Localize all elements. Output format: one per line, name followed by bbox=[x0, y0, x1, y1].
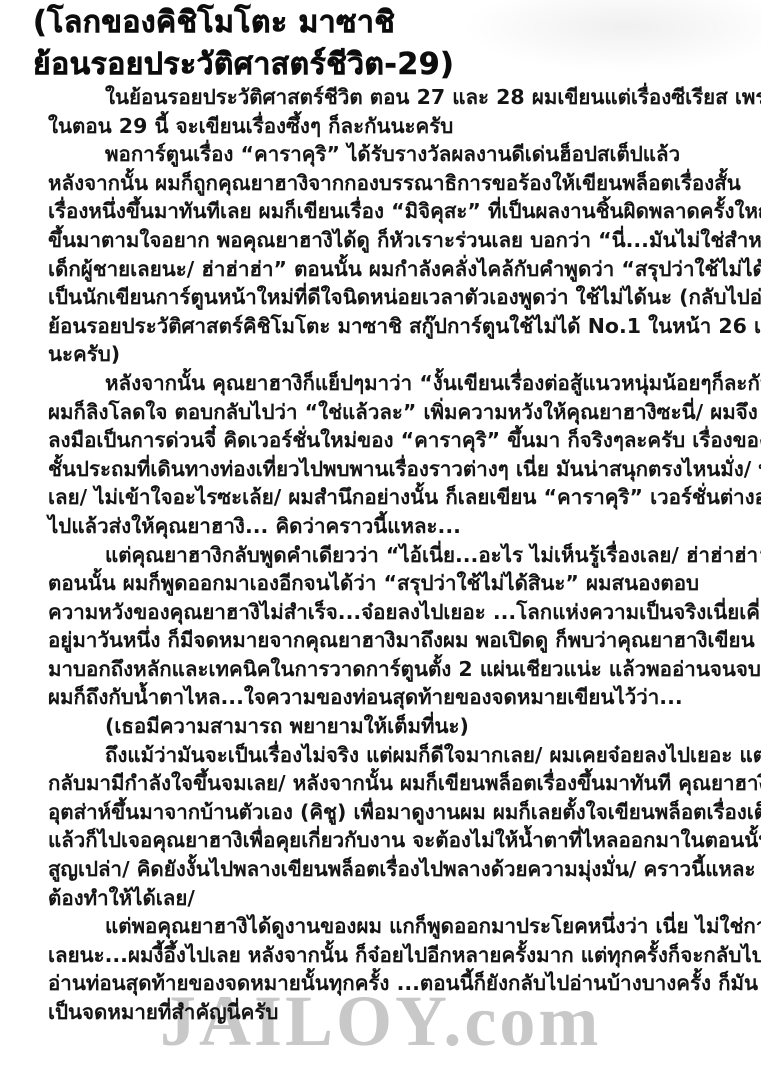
text-line-p3-l6: ไปแล้วส่งให้คุณยาฮางิ... คิดว่าคราวนี้แห… bbox=[48, 512, 747, 541]
text-line-p7-l2: เลยนะ...ผมงี้อึ้งไปเลย หลังจากนั้น ก็จ๋อ… bbox=[48, 941, 747, 970]
text-line-p1-l1: ในย้อนรอยประวัติศาสตร์ชีวิต ตอน 27 และ 2… bbox=[48, 83, 747, 112]
text-line-p4-l1: แต่คุณยาฮางิกลับพูดคำเดียวว่า “ไอ้เนี่ย.… bbox=[48, 541, 747, 570]
text-line-p2-l3: เรื่องหนึ่งขึ้นมาทันทีเลย ผมก็เขียนเรื่อ… bbox=[48, 197, 747, 226]
text-line-p6-l6: ต้องทำให้ได้เลย/ bbox=[48, 884, 747, 913]
text-line-p4-l5: มาบอกถึงหลักและเทคนิคในการวาดการ์ตูนตั้ง… bbox=[48, 655, 747, 684]
text-line-p2-l7: ย้อนรอยประวัติศาสตร์คิชิโมโตะ มาซาชิ สกู… bbox=[48, 312, 747, 341]
text-line-p2-l4: ขึ้นมาตามใจอยาก พอคุณยาฮางิได้ดู ก็หัวเร… bbox=[48, 226, 747, 255]
text-line-p1-l2: ในตอน 29 นี้ จะเขียนเรื่องซึ้งๆ ก็ละกันน… bbox=[48, 112, 747, 141]
text-line-p4-l2: ตอนนั้น ผมก็พูดออกมาเองอีกจนได้ว่า “สรุป… bbox=[48, 569, 747, 598]
text-line-p6-l2: กลับมามีกำลังใจขึ้นจมเลย/ หลังจากนั้น ผม… bbox=[48, 769, 747, 798]
text-line-p5-l1: (เธอมีความสามารถ พยายามให้เต็มที่นะ) bbox=[48, 712, 747, 741]
article-body: ในย้อนรอยประวัติศาสตร์ชีวิต ตอน 27 และ 2… bbox=[48, 83, 747, 1027]
text-line-p2-l2: หลังจากนั้น ผมก็ถูกคุณยาฮางิจากกองบรรณาธ… bbox=[48, 169, 747, 198]
text-line-p3-l3: ลงมือเป็นการด่วนจี๋ คิดเวอร์ชั่นใหม่ของ … bbox=[48, 426, 747, 455]
text-line-p2-l8: นะครับ) bbox=[48, 340, 747, 369]
text-line-p2-l5: เด็กผู้ชายเลยนะ/ ฮ่าฮ่าฮ่า” ตอนนั้น ผมกำ… bbox=[48, 255, 747, 284]
document-page: JAILOY.com (โลกของคิชิโมโตะ มาซาชิ ย้อนร… bbox=[0, 0, 761, 1076]
text-line-p4-l4: อยู่มาวันหนึ่ง ก็มีจดหมายจากคุณยาฮางิมาถ… bbox=[48, 626, 747, 655]
title-line-2: ย้อนรอยประวัติศาสตร์ชีวิต-29) bbox=[33, 44, 454, 86]
text-line-p3-l2: ผมก็ลิงโลดใจ ตอบกลับไปว่า “ใช่แล้วละ” เพ… bbox=[48, 398, 747, 427]
article-title: (โลกของคิชิโมโตะ มาซาชิ ย้อนรอยประวัติศา… bbox=[33, 2, 454, 86]
text-line-p2-l1: พอการ์ตูนเรื่อง “คาราคุริ” ได้รับรางวัลผ… bbox=[48, 140, 747, 169]
text-line-p6-l5: สูญเปล่า/ คิดยังงั้นไปพลางเขียนพล็อตเรื่… bbox=[48, 855, 747, 884]
text-line-p6-l3: อุตส่าห์ขึ้นมาจากบ้านตัวเอง (คิชู) เพื่อ… bbox=[48, 798, 747, 827]
text-line-p7-l1: แต่พอคุณยาฮางิได้ดูงานของผม แกก็พูดออกมา… bbox=[48, 912, 747, 941]
scan-artifact bbox=[461, 0, 761, 72]
text-line-p4-l6: ผมก็ถึงกับน้ำตาไหล...ใจความของท่อนสุดท้า… bbox=[48, 683, 747, 712]
text-line-p7-l4: เป็นจดหมายที่สำคัญนี่ครับ bbox=[48, 998, 747, 1027]
text-line-p4-l3: ความหวังของคุณยาฮางิไม่สำเร็จ...จ๋อยลงไป… bbox=[48, 598, 747, 627]
text-line-p7-l3: อ่านท่อนสุดท้ายของจดหมายนั้นทุกครั้ง ...… bbox=[48, 969, 747, 998]
text-line-p6-l1: ถึงแม้ว่ามันจะเป็นเรื่องไม่จริง แต่ผมก็ด… bbox=[48, 741, 747, 770]
text-line-p6-l4: แล้วก็ไปเจอคุณยาฮางิเพื่อคุยเกี่ยวกับงาน… bbox=[48, 826, 747, 855]
text-line-p3-l1: หลังจากนั้น คุณยาฮางิก็แย็ปๆมาว่า “งั้นเ… bbox=[48, 369, 747, 398]
text-line-p3-l4: ชั้นประถมที่เดินทางท่องเที่ยวไปพบพานเรื่… bbox=[48, 455, 747, 484]
title-line-1: (โลกของคิชิโมโตะ มาซาชิ bbox=[33, 2, 454, 44]
text-line-p2-l6: เป็นนักเขียนการ์ตูนหน้าใหม่ที่ดีใจนิดหน่… bbox=[48, 283, 747, 312]
text-line-p3-l5: เลย/ ไม่เข้าใจอะไรซะเล้ย/ ผมสำนึกอย่างนั… bbox=[48, 483, 747, 512]
